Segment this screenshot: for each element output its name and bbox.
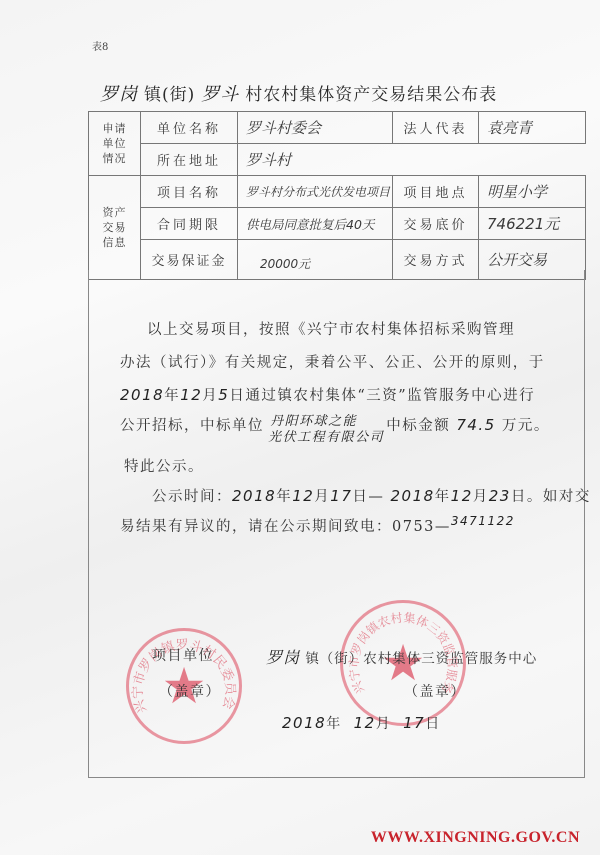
body-line-1: 以上交易项目，按照《兴宁市农村集体招标采购管理 xyxy=(147,318,592,339)
title-town-handwritten: 罗岗 xyxy=(100,84,138,105)
seal-note-right: （盖章） xyxy=(404,681,600,701)
form-number-label: 表8 xyxy=(92,38,108,53)
group-applicant-label: 申请单位情况 xyxy=(89,112,141,176)
address-label: 所在地址 xyxy=(141,144,238,176)
table-row: 申请单位情况 单位名称 罗斗村委会 法人代表 袁亮青 xyxy=(89,112,586,144)
contract-term-label: 合同期限 xyxy=(141,208,238,240)
center-signature-line: 罗岗 镇（街）农村集体三资监管服务中心 xyxy=(266,645,600,668)
body-line-2: 办法（试行）》有关规定，秉着公平、公正、公开的原则，于 xyxy=(120,351,565,372)
title-text: 村农村集体资产交易结果公布表 xyxy=(245,85,497,105)
legal-rep-value: 袁亮青 xyxy=(479,112,586,144)
project-name-label: 项目名称 xyxy=(141,176,238,208)
body-line-4: 公开招标，中标单位 丹阳环球之能 光伏工程有限公司 中标金额 74.5 万元。 xyxy=(120,414,565,435)
address-value: 罗斗村 xyxy=(238,144,586,176)
unit-name-label: 单位名称 xyxy=(141,112,238,144)
contract-term-value: 供电局同意批复后40天 xyxy=(238,208,393,240)
body-line-3: 2018年12月5日通过镇农村集体“三资”监管服务中心进行 xyxy=(120,384,565,405)
table-row: 资产交易信息 项目名称 罗斗村分布式光伏发电项目 项目地点 明星小学 xyxy=(89,176,586,208)
base-price-label: 交易底价 xyxy=(393,208,479,240)
winning-amount: 74.5 xyxy=(456,416,495,434)
title-village-handwritten: 罗斗 xyxy=(201,84,239,105)
notice-period-line: 公示时间：2018年12月17日— 2018年12月23日。如对交 xyxy=(152,485,597,506)
base-price-value: 746221元 xyxy=(479,208,586,240)
footer-website-url: WWW.XINGNING.GOV.CN xyxy=(371,829,580,847)
body-line-5: 特此公示。 xyxy=(124,455,569,476)
transaction-info-table: 申请单位情况 单位名称 罗斗村委会 法人代表 袁亮青 所在地址 罗斗村 资产交易… xyxy=(88,111,586,280)
table-row: 合同期限 供电局同意批复后40天 交易底价 746221元 xyxy=(89,208,586,240)
unit-name-value: 罗斗村委会 xyxy=(238,112,393,144)
project-location-label: 项目地点 xyxy=(393,176,479,208)
table-row: 所在地址 罗斗村 xyxy=(89,144,586,176)
project-location-value: 明星小学 xyxy=(479,176,586,208)
project-name-value: 罗斗村分布式光伏发电项目 xyxy=(238,176,393,208)
title-town-suffix: 镇(街) xyxy=(144,85,195,105)
sign-date: 2018年 12月 17日 xyxy=(282,713,600,733)
legal-rep-label: 法人代表 xyxy=(393,112,479,144)
contact-line: 易结果有异议的，请在公示期间致电：0753—3471122 xyxy=(120,514,565,536)
group-asset-label: 资产交易信息 xyxy=(89,176,141,280)
document-title: 罗岗镇(街)罗斗村农村集体资产交易结果公布表 xyxy=(100,80,497,106)
contact-number: 3471122 xyxy=(451,514,515,528)
